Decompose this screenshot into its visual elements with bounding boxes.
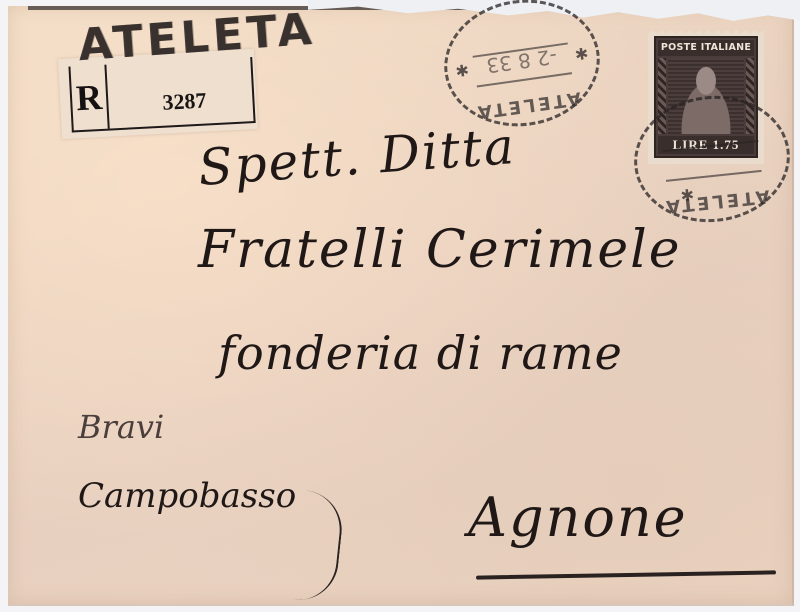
- star-icon: ✱: [454, 61, 470, 83]
- town-cancel-stamp: ATELETA: [77, 4, 317, 71]
- star-icon: ✱: [680, 185, 695, 206]
- city-underline: [476, 570, 776, 579]
- postmark-town: ATELETA: [641, 183, 792, 220]
- address-line-2: Fratelli Cerimele: [198, 220, 682, 280]
- envelope: R 3287 ATELETA -2 8 33 ATELETA ✱ ✱ POSTE…: [8, 6, 794, 606]
- address-line-3: fonderia di rame: [218, 326, 623, 380]
- registration-letter: R: [70, 65, 109, 131]
- sender-note-line-1: Bravi: [78, 408, 164, 446]
- postmark-left: -2 8 33 ATELETA ✱ ✱: [436, 0, 608, 136]
- postmark-date-band: [663, 140, 762, 183]
- star-icon: ✱: [574, 44, 590, 66]
- stamp-country-text: POSTE ITALIANE: [658, 40, 754, 56]
- address-city: Agnone: [468, 486, 688, 549]
- sender-note-line-2: Campobasso: [78, 476, 296, 516]
- registration-number: 3287: [162, 87, 207, 115]
- handwritten-bracket: [292, 490, 345, 604]
